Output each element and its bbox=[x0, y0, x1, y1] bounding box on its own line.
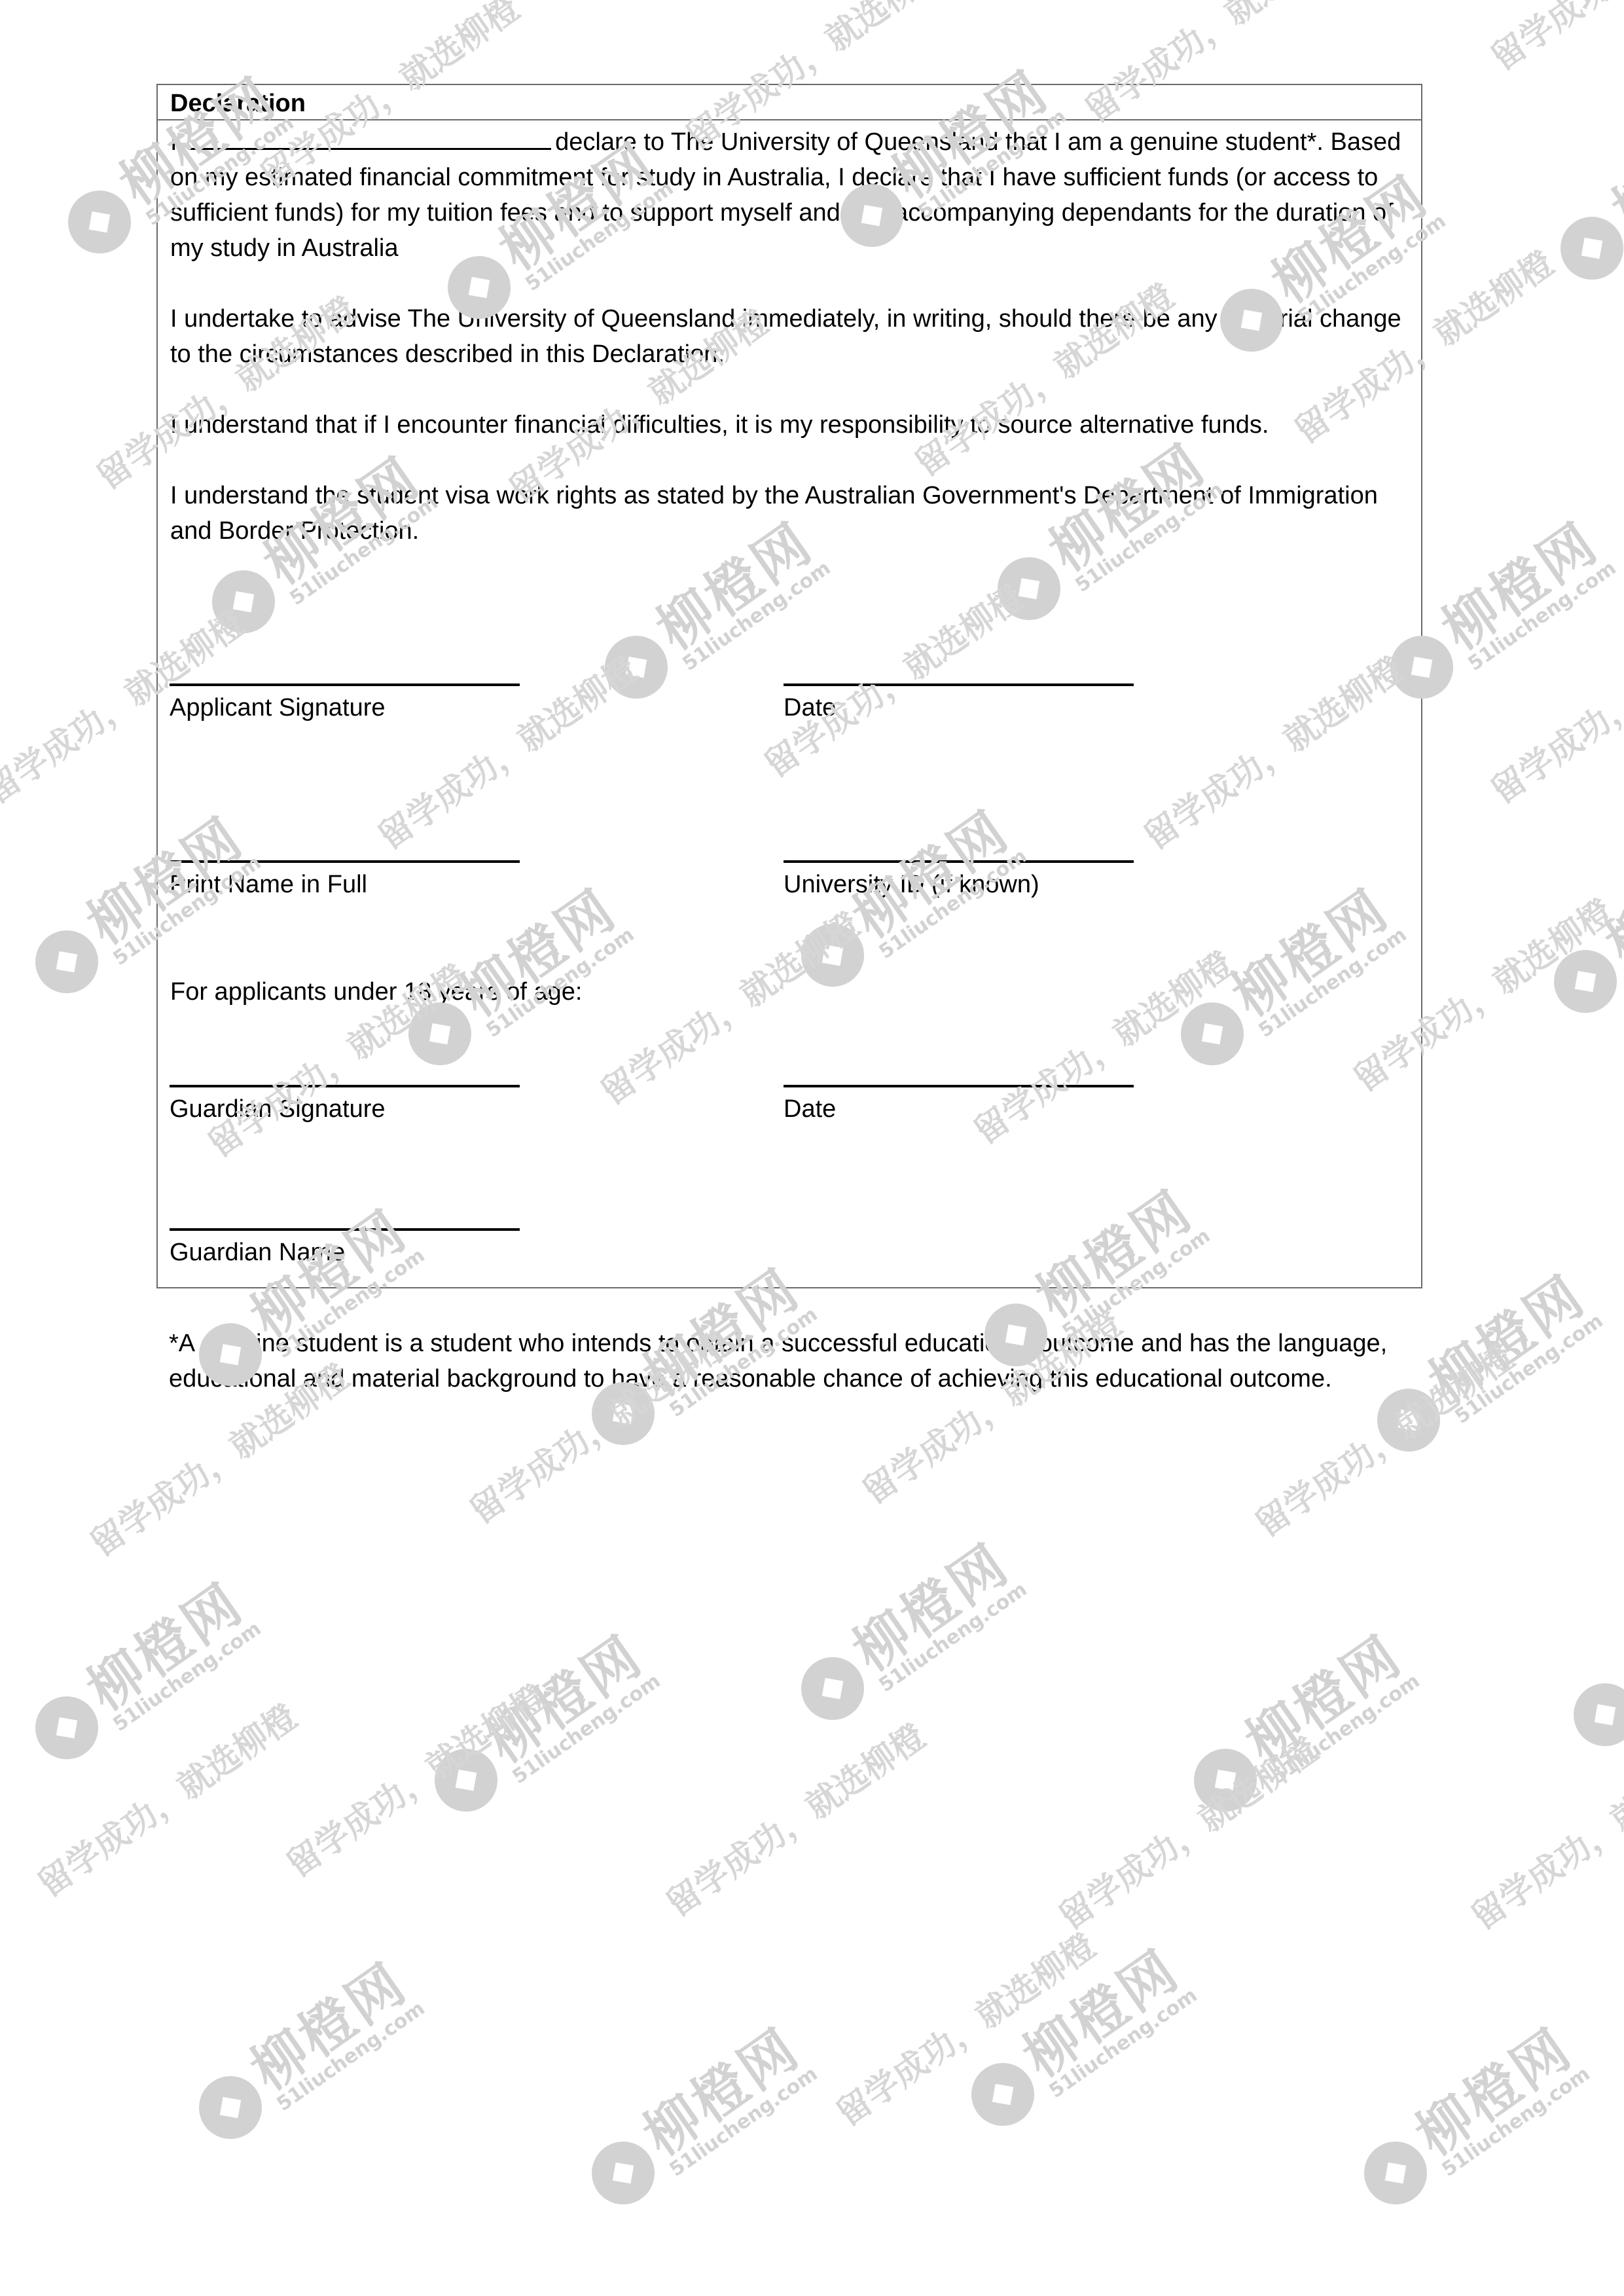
watermark-logo: 柳橙网51liucheng.com bbox=[785, 1535, 1030, 1738]
signature-line bbox=[170, 860, 520, 863]
guardian-date-field[interactable]: Date bbox=[784, 1085, 1134, 1124]
watermark-logo-icon bbox=[56, 178, 143, 266]
applicant-name-blank[interactable] bbox=[188, 126, 551, 150]
guardian-signature-field[interactable]: Guardian Signature bbox=[170, 1085, 520, 1124]
watermark-logo-icon bbox=[959, 2050, 1047, 2138]
watermark-logo-icon bbox=[1352, 2129, 1439, 2217]
watermark-logo: 柳橙网51liucheng.com bbox=[576, 2019, 821, 2222]
watermark-logo: 柳橙网51liucheng.com bbox=[1538, 828, 1624, 1030]
watermark-logo-icon bbox=[1561, 1671, 1624, 1758]
watermark-slogan: 留学成功，就选柳橙 bbox=[655, 1710, 933, 1926]
university-id-label: University ID (if known) bbox=[784, 869, 1134, 900]
guardian-signature-label: Guardian Signature bbox=[170, 1094, 520, 1124]
signature-line bbox=[170, 1085, 520, 1087]
watermark-slogan: 留学成功，就选柳橙 bbox=[1460, 1723, 1624, 1939]
watermark-logo-icon bbox=[1542, 938, 1624, 1025]
signature-line bbox=[170, 683, 520, 686]
declaration-prefix: I, bbox=[170, 128, 184, 156]
watermark-logo-icon bbox=[23, 918, 111, 1006]
watermark-slogan: 留学成功，就选柳橙 bbox=[825, 1920, 1104, 2136]
declaration-paragraph-2: I undertake to advise The University of … bbox=[170, 301, 1409, 372]
guardian-date-label: Date bbox=[784, 1094, 1134, 1124]
watermark-logo-icon bbox=[422, 1736, 510, 1824]
watermark-logo: 柳橙网51liucheng.com bbox=[1348, 2019, 1593, 2222]
declaration-line1: declare to The University of Queensland … bbox=[555, 128, 1324, 156]
print-name-label: Print Name in Full bbox=[170, 869, 520, 900]
watermark-logo: 柳橙网51liucheng.com bbox=[1558, 1561, 1624, 1764]
declaration-paragraph-4: I understand the student visa work right… bbox=[170, 478, 1409, 549]
applicant-signature-label: Applicant Signature bbox=[170, 693, 520, 723]
university-id-field[interactable]: University ID (if known) bbox=[784, 860, 1134, 900]
genuine-student-footnote: *A genuine student is a student who inte… bbox=[169, 1326, 1465, 1396]
watermark-logo: 柳橙网51liucheng.com bbox=[419, 1626, 664, 1829]
declaration-paragraph-3: I understand that if I encounter financi… bbox=[170, 407, 1409, 443]
watermark-logo-icon bbox=[789, 1645, 876, 1732]
watermark-logo-icon bbox=[23, 1684, 111, 1772]
watermark-slogan: 留学成功，就选柳橙 bbox=[275, 1671, 554, 1887]
watermark-slogan: 留学成功，就选柳橙 bbox=[1479, 0, 1624, 79]
declaration-box: Declaration I,declare to The University … bbox=[156, 84, 1422, 1288]
watermark-slogan: 留学成功，就选柳橙 bbox=[26, 1690, 305, 1906]
watermark-logo-icon bbox=[1182, 1736, 1269, 1824]
watermark-logo: 柳橙网51liucheng.com bbox=[1545, 94, 1624, 297]
applicant-date-label: Date bbox=[784, 693, 1134, 723]
watermark-logo: 柳橙网51liucheng.com bbox=[183, 1954, 428, 2157]
declaration-title: Declaration bbox=[158, 85, 1421, 120]
watermark-logo-icon bbox=[1548, 204, 1624, 292]
declaration-body: I,declare to The University of Queenslan… bbox=[158, 120, 1421, 549]
watermark-logo-icon bbox=[187, 2064, 274, 2151]
signature-line bbox=[170, 1228, 520, 1231]
watermark-slogan: 留学成功，就选柳橙 bbox=[1479, 597, 1624, 813]
under18-heading: For applicants under 18 years of age: bbox=[170, 977, 583, 1007]
watermark-logo: 柳橙网51liucheng.com bbox=[20, 1574, 264, 1777]
declaration-paragraph-1: I,declare to The University of Queenslan… bbox=[170, 124, 1409, 266]
signature-line bbox=[784, 1085, 1134, 1087]
watermark-slogan: 留学成功，就选柳橙 bbox=[1047, 1723, 1326, 1939]
watermark-logo: 柳橙网51liucheng.com bbox=[1178, 1626, 1423, 1829]
signature-line bbox=[784, 860, 1134, 863]
signature-line bbox=[784, 683, 1134, 686]
applicant-date-field[interactable]: Date bbox=[784, 683, 1134, 723]
watermark-logo: 柳橙网51liucheng.com bbox=[956, 1941, 1200, 2143]
guardian-name-field[interactable]: Guardian Name bbox=[170, 1228, 520, 1267]
guardian-name-label: Guardian Name bbox=[170, 1237, 520, 1267]
watermark-logo-icon bbox=[579, 2129, 667, 2217]
applicant-signature-field[interactable]: Applicant Signature bbox=[170, 683, 520, 723]
print-name-field[interactable]: Print Name in Full bbox=[170, 860, 520, 900]
